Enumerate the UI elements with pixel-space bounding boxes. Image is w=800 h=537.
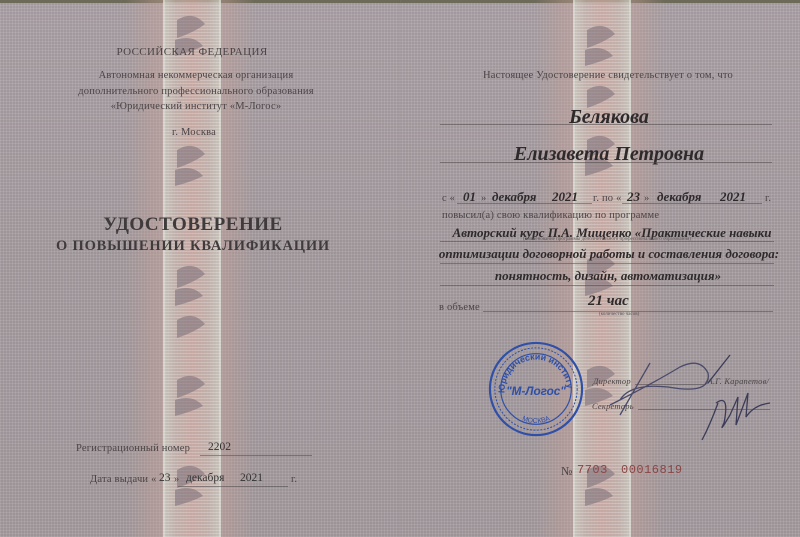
period-to-prefix: г. по « (593, 193, 622, 204)
certificate-title: УДОСТОВЕРЕНИЕ (103, 214, 282, 236)
program-intro: повысил(а) свою квалификацию по программ… (442, 210, 659, 221)
program-line-3-rule (440, 285, 774, 286)
registration-label: Регистрационный номер (76, 443, 190, 454)
issue-month: декабря (186, 472, 224, 484)
signatures (590, 345, 790, 445)
issue-day-close: » (174, 474, 179, 485)
issue-date-label: Дата выдачи « (90, 474, 157, 485)
volume-label: в объеме (439, 302, 480, 313)
volume-caption: (количество часов) (599, 312, 639, 317)
issue-year: 2021 (240, 472, 263, 484)
city: г. Москва (172, 127, 216, 138)
country-heading: РОССИЙСКАЯ ФЕДЕРАЦИЯ (116, 46, 267, 58)
registration-number: 2202 (208, 441, 231, 453)
program-line-2: оптимизации договорной работы и составле… (439, 246, 779, 262)
intro-text: Настоящее Удостоверение свидетельствует … (483, 70, 733, 81)
serial-prefix: № (561, 464, 572, 479)
issue-day: 23 (159, 472, 171, 484)
secretary-signature-icon (702, 355, 770, 440)
volume-value: 21 час (588, 293, 629, 310)
given-names-line (440, 162, 772, 163)
program-caption: (наименование программы дополнительного … (523, 237, 691, 242)
registration-line (200, 455, 312, 456)
surname-line (440, 124, 772, 125)
organization-line-1: Автономная некоммерческая организация (99, 70, 294, 81)
holder-surname: Белякова (569, 106, 649, 129)
program-line-2-rule (440, 263, 774, 264)
svg-text:МОСКВА: МОСКВА (521, 415, 551, 425)
serial-series: 7703 (577, 463, 608, 477)
organization-line-2: дополнительного профессионального образо… (78, 86, 313, 97)
certificate-subtitle: О ПОВЫШЕНИИ КВАЛИФИКАЦИИ (56, 238, 330, 255)
period-from-line (457, 203, 592, 204)
serial-number: 00016819 (621, 463, 683, 477)
period-to-line (622, 203, 762, 204)
organization-stamp: Юридический институт "М-Логос" МОСКВА (487, 340, 585, 438)
organization-line-3: «Юридический институт «М-Логос» (111, 101, 282, 112)
svg-text:"М-Логос": "М-Логос" (506, 385, 566, 398)
director-signature-icon (610, 363, 708, 415)
issue-year-suffix: г. (291, 474, 297, 485)
issue-date-line (178, 486, 288, 487)
period-suffix: г. (765, 193, 771, 204)
page-fold (399, 0, 401, 537)
program-line-3: понятность, дизайн, автоматизация» (495, 268, 721, 284)
period-from-prefix: с « (442, 193, 455, 204)
